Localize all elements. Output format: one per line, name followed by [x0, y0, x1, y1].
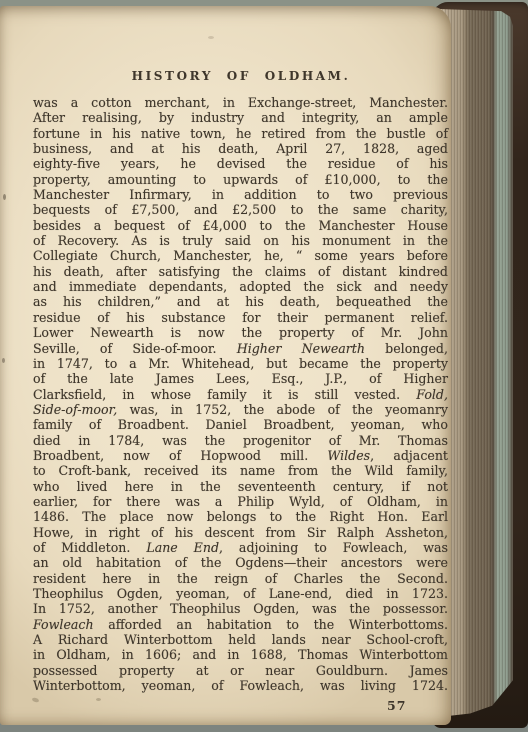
- text-line: Side-of-moor, was, in 1752, the abode of…: [33, 402, 448, 417]
- text-line: resident here in the reign of Charles th…: [33, 571, 448, 586]
- text-line: an old habitation of the Ogdens—their an…: [33, 555, 448, 570]
- text-line: Lower Newearth is now the property of Mr…: [33, 325, 448, 340]
- page-number: 57: [387, 698, 406, 713]
- text-line: business, and at his death, April 27, 18…: [33, 141, 448, 156]
- text-line: family of Broadbent. Daniel Broadbent, y…: [33, 417, 448, 432]
- body-text: was a cotton merchant, in Exchange-stree…: [33, 95, 448, 693]
- text-line: Theophilus Ogden, yeoman, of Lane-end, d…: [33, 586, 448, 601]
- text-line: in Oldham, in 1606; and in 1688, Thomas …: [33, 647, 448, 662]
- text-line: who lived here in the seventeenth centur…: [33, 479, 448, 494]
- book-photo: HISTORY OF OLDHAM. was a cotton merchant…: [0, 0, 528, 732]
- text-line: fortune in his native town, he retired f…: [33, 126, 448, 141]
- paper-smudge: [2, 358, 5, 363]
- text-line: Manchester Infirmary, in addition to two…: [33, 187, 448, 202]
- text-line: residue of his substance for their perma…: [33, 310, 448, 325]
- text-line: of Recovery. As is truly said on his mon…: [33, 233, 448, 248]
- text-line: Broadbent, now of Hopwood mill. Wildes, …: [33, 448, 448, 463]
- paper-smudge: [96, 698, 101, 701]
- text-line: property, amounting to upwards of £10,00…: [33, 172, 448, 187]
- text-line: bequests of £7,500, and £2,500 to the sa…: [33, 202, 448, 217]
- paper-smudge: [32, 697, 40, 703]
- text-line: Howe, in right of his descent from Sir R…: [33, 525, 448, 540]
- running-header: HISTORY OF OLDHAM.: [34, 69, 448, 83]
- text-line: was a cotton merchant, in Exchange-stree…: [33, 95, 448, 110]
- text-line: earlier, for there was a Philip Wyld, of…: [33, 494, 448, 509]
- text-line: After realising, by industry and integri…: [33, 110, 448, 125]
- text-line: besides a bequest of £4,000 to the Manch…: [33, 218, 448, 233]
- paper-smudge: [3, 194, 6, 200]
- text-line: of the late James Lees, Esq., J.P., of H…: [33, 371, 448, 386]
- text-line: Seville, of Side-of-moor. Higher Neweart…: [33, 341, 448, 356]
- text-line: Collegiate Church, Manchester, he, “ som…: [33, 248, 448, 263]
- text-line: of Middleton. Lane End, adjoining to Fow…: [33, 540, 448, 555]
- text-line: died in 1784, was the progenitor of Mr. …: [33, 433, 448, 448]
- text-line: and immediate dependants, adopted the si…: [33, 279, 448, 294]
- paper-smudge: [208, 36, 214, 39]
- text-line: 1486. The place now belongs to the Right…: [33, 509, 448, 524]
- text-line: Winterbottom, yeoman, of Fowleach, was l…: [33, 678, 448, 693]
- text-line: Clarksfield, in whose family it is still…: [33, 387, 448, 402]
- text-line: Fowleach afforded an habitation to the W…: [33, 617, 448, 632]
- book-page: HISTORY OF OLDHAM. was a cotton merchant…: [0, 6, 451, 725]
- text-line: In 1752, another Theophilus Ogden, was t…: [33, 601, 448, 616]
- text-line: possessed property at or near Gouldburn.…: [33, 663, 448, 678]
- text-line: his death, after satisfying the claims o…: [33, 264, 448, 279]
- text-line: eighty-five years, he devised the residu…: [33, 156, 448, 171]
- text-line: as his children,” and at his death, bequ…: [33, 294, 448, 309]
- text-line: A Richard Winterbottom held lands near S…: [33, 632, 448, 647]
- text-line: in 1747, to a Mr. Whitehead, but became …: [33, 356, 448, 371]
- text-line: to Croft-bank, received its name from th…: [33, 463, 448, 478]
